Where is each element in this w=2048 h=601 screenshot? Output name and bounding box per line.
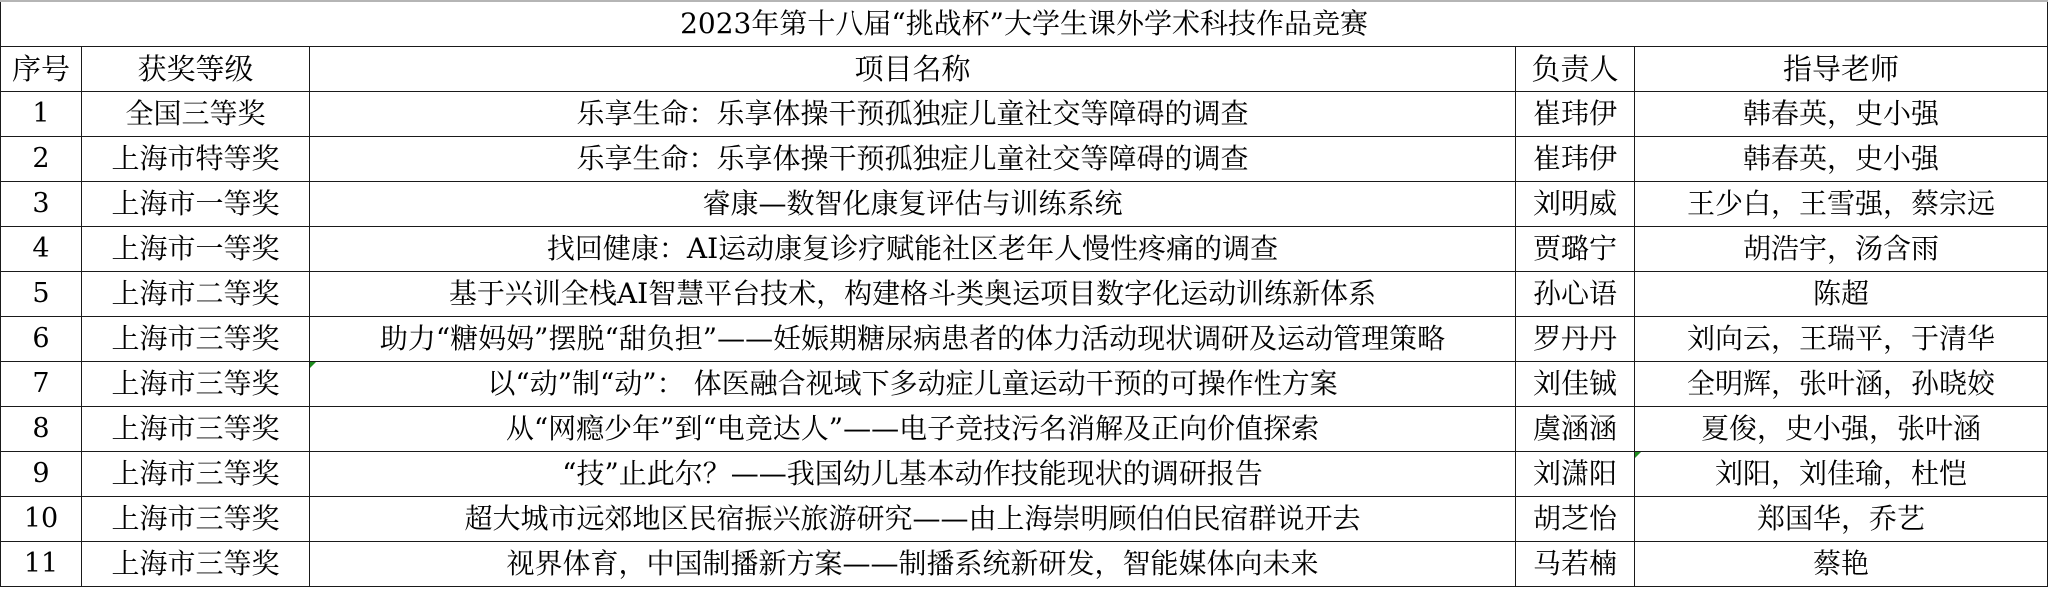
cell-project-clipped-text: 助力“糖妈妈”摆脱“甜负担”——妊娠期糖尿病患者的体力活动现状调研及运动管理策略 [310,317,1515,361]
header-no[interactable]: 序号 [1,47,82,92]
award-table-sheet: 2023年第十八届“挑战杯”大学生课外学术科技作品竞赛 序号 获奖等级 项目名称… [0,0,2047,600]
cell-advisors[interactable]: 韩春英，史小强 [1635,137,2048,182]
cell-project[interactable]: 助力“糖妈妈”摆脱“甜负担”——妊娠期糖尿病患者的体力活动现状调研及运动管理策略 [310,317,1516,362]
cell-leader[interactable]: 刘潇阳 [1516,452,1635,497]
cell-project[interactable]: “技”止此尔？——我国幼儿基本动作技能现状的调研报告 [310,452,1516,497]
cell-award[interactable]: 全国三等奖 [82,92,310,137]
cell-leader[interactable]: 刘佳铖 [1516,362,1635,407]
cell-award[interactable]: 上海市一等奖 [82,227,310,272]
cell-advisors[interactable]: 夏俊，史小强，张叶涵 [1635,407,2048,452]
cell-advisors[interactable]: 刘向云，王瑞平，于清华 [1635,317,2048,362]
cell-project[interactable]: 以“动”制“动”： 体医融合视域下多动症儿童运动干预的可操作性方案 [310,362,1516,407]
cell-no[interactable]: 10 [1,497,82,542]
cell-advisors[interactable]: 王少白，王雪强，蔡宗远 [1635,182,2048,227]
table-title[interactable]: 2023年第十八届“挑战杯”大学生课外学术科技作品竞赛 [1,1,2048,47]
header-award[interactable]: 获奖等级 [82,47,310,92]
cell-project[interactable]: 超大城市远郊地区民宿振兴旅游研究——由上海崇明顾伯伯民宿群说开去 [310,497,1516,542]
cell-leader[interactable]: 罗丹丹 [1516,317,1635,362]
header-project[interactable]: 项目名称 [310,47,1516,92]
cell-no[interactable]: 4 [1,227,82,272]
cell-leader[interactable]: 马若楠 [1516,542,1635,587]
cell-leader[interactable]: 贾璐宁 [1516,227,1635,272]
table-row: 2 上海市特等奖 乐享生命：乐享体操干预孤独症儿童社交等障碍的调查 崔玮伊 韩春… [1,137,2048,182]
header-leader[interactable]: 负责人 [1516,47,1635,92]
cell-advisors-wrap: 刘阳，刘佳瑜，杜恺 [1635,452,2047,496]
cell-project[interactable]: 基于兴训全栈AI智慧平台技术，构建格斗类奥运项目数字化运动训练新体系 [310,272,1516,317]
cell-advisors[interactable]: 刘阳，刘佳瑜，杜恺 [1635,452,2048,497]
table-row: 1 全国三等奖 乐享生命：乐享体操干预孤独症儿童社交等障碍的调查 崔玮伊 韩春英… [1,92,2048,137]
cell-leader[interactable]: 崔玮伊 [1516,137,1635,182]
cell-project[interactable]: 找回健康：AI运动康复诊疗赋能社区老年人慢性疼痛的调查 [310,227,1516,272]
table-row: 10 上海市三等奖 超大城市远郊地区民宿振兴旅游研究——由上海崇明顾伯伯民宿群说… [1,497,2048,542]
cell-leader[interactable]: 孙心语 [1516,272,1635,317]
cell-award[interactable]: 上海市三等奖 [82,407,310,452]
cell-award[interactable]: 上海市三等奖 [82,452,310,497]
cell-project[interactable]: 睿康—数智化康复评估与训练系统 [310,182,1516,227]
cell-no[interactable]: 5 [1,272,82,317]
table-row: 4 上海市一等奖 找回健康：AI运动康复诊疗赋能社区老年人慢性疼痛的调查 贾璐宁… [1,227,2048,272]
award-table: 2023年第十八届“挑战杯”大学生课外学术科技作品竞赛 序号 获奖等级 项目名称… [0,0,2048,587]
table-row: 11 上海市三等奖 视界体育，中国制播新方案——制播系统新研发，智能媒体向未来 … [1,542,2048,587]
cell-project[interactable]: 乐享生命：乐享体操干预孤独症儿童社交等障碍的调查 [310,92,1516,137]
cell-award[interactable]: 上海市三等奖 [82,317,310,362]
table-row: 5 上海市二等奖 基于兴训全栈AI智慧平台技术，构建格斗类奥运项目数字化运动训练… [1,272,2048,317]
cell-project-text: 以“动”制“动”： 体医融合视域下多动症儿童运动干预的可操作性方案 [487,367,1337,400]
cell-advisors[interactable]: 全明辉，张叶涵，孙晓姣 [1635,362,2048,407]
cell-leader[interactable]: 虞涵涵 [1516,407,1635,452]
cell-award[interactable]: 上海市特等奖 [82,137,310,182]
table-row: 6 上海市三等奖 助力“糖妈妈”摆脱“甜负担”——妊娠期糖尿病患者的体力活动现状… [1,317,2048,362]
cell-no[interactable]: 7 [1,362,82,407]
cell-no[interactable]: 11 [1,542,82,587]
cell-project[interactable]: 从“网瘾少年”到“电竞达人”——电子竞技污名消解及正向价值探索 [310,407,1516,452]
cell-award[interactable]: 上海市二等奖 [82,272,310,317]
cell-no[interactable]: 2 [1,137,82,182]
cell-advisors[interactable]: 陈超 [1635,272,2048,317]
error-indicator-icon [310,362,316,368]
cell-project[interactable]: 乐享生命：乐享体操干预孤独症儿童社交等障碍的调查 [310,137,1516,182]
header-advisors[interactable]: 指导老师 [1635,47,2048,92]
cell-project[interactable]: 视界体育，中国制播新方案——制播系统新研发，智能媒体向未来 [310,542,1516,587]
cell-award[interactable]: 上海市一等奖 [82,182,310,227]
cell-no[interactable]: 1 [1,92,82,137]
cell-project-wrap: 以“动”制“动”： 体医融合视域下多动症儿童运动干预的可操作性方案 [310,362,1515,406]
table-row: 8 上海市三等奖 从“网瘾少年”到“电竞达人”——电子竞技污名消解及正向价值探索… [1,407,2048,452]
cell-advisors[interactable]: 韩春英，史小强 [1635,92,2048,137]
title-row: 2023年第十八届“挑战杯”大学生课外学术科技作品竞赛 [1,1,2048,47]
cell-no[interactable]: 6 [1,317,82,362]
table-row: 7 上海市三等奖 以“动”制“动”： 体医融合视域下多动症儿童运动干预的可操作性… [1,362,2048,407]
cell-award[interactable]: 上海市三等奖 [82,542,310,587]
cell-project-text: 助力“糖妈妈”摆脱“甜负担”——妊娠期糖尿病患者的体力活动现状调研及运动管理策略 [380,322,1445,355]
cell-no[interactable]: 3 [1,182,82,227]
cell-award[interactable]: 上海市三等奖 [82,362,310,407]
error-indicator-icon [1635,452,1641,458]
cell-leader[interactable]: 胡芝怡 [1516,497,1635,542]
cell-award[interactable]: 上海市三等奖 [82,497,310,542]
cell-no[interactable]: 8 [1,407,82,452]
cell-no[interactable]: 9 [1,452,82,497]
table-row: 9 上海市三等奖 “技”止此尔？——我国幼儿基本动作技能现状的调研报告 刘潇阳 … [1,452,2048,497]
table-row: 3 上海市一等奖 睿康—数智化康复评估与训练系统 刘明威 王少白，王雪强，蔡宗远 [1,182,2048,227]
cell-leader[interactable]: 刘明威 [1516,182,1635,227]
header-row: 序号 获奖等级 项目名称 负责人 指导老师 [1,47,2048,92]
cell-advisors[interactable]: 蔡艳 [1635,542,2048,587]
cell-leader[interactable]: 崔玮伊 [1516,92,1635,137]
cell-advisors[interactable]: 胡浩宇，汤含雨 [1635,227,2048,272]
cell-advisors[interactable]: 郑国华，乔艺 [1635,497,2048,542]
cell-advisors-text: 刘阳，刘佳瑜，杜恺 [1715,457,1967,490]
